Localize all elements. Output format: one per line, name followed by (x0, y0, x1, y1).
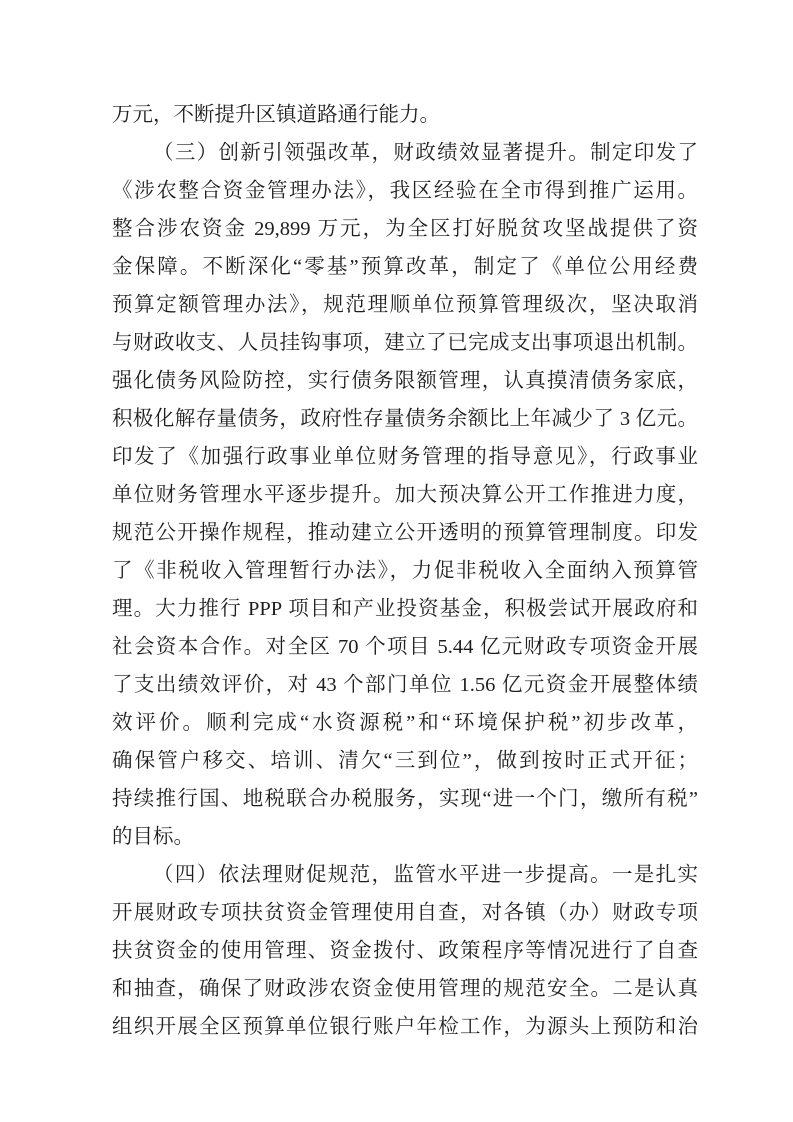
text-line-1: 万元，不断提升区镇道路通行能力。 (112, 96, 698, 134)
body-text: 的目标。 (112, 826, 194, 848)
text-line-21: （四）依法理财促规范，监管水平进一步提高。一是扎实 (112, 856, 698, 894)
text-line-13: 了《非税收入管理暂行办法》，力促非税收入全面纳入预算管 (112, 552, 698, 590)
text-line-18: 确保管户移交、培训、清欠“三到位”，做到按时正式开征； (112, 742, 698, 780)
body-text: 一是扎实 (612, 864, 698, 886)
body-text: 理。大力推行 PPP 项目和产业投资基金，积极尝试开展政府和 (112, 598, 698, 620)
document-body: 万元，不断提升区镇道路通行能力。（三）创新引领强改革，财政绩效显著提升。制定印发… (112, 96, 698, 1046)
body-text: 了支出绩效评价，对 43 个部门单位 1.56 亿元资金开展整体绩 (112, 674, 698, 696)
body-text: 印发了《加强行政事业单位财务管理的指导意见》，行政事业 (112, 446, 698, 468)
body-text: 扶贫资金的使用管理、资金拨付、政策程序等情况进行了自查 (112, 940, 698, 962)
body-text: 积极化解存量债务，政府性存量债务余额比上年减少了 3 亿元。 (112, 408, 698, 430)
body-text: 整合涉农资金 29,899 万元，为全区打好脱贫攻坚战提供了资 (112, 218, 698, 240)
text-line-5: 金保障。不断深化“零基”预算改革，制定了《单位公用经费 (112, 248, 698, 286)
text-line-24: 和抽查，确保了财政涉农资金使用管理的规范安全。二是认真 (112, 970, 698, 1008)
document-page: 万元，不断提升区镇道路通行能力。（三）创新引领强改革，财政绩效显著提升。制定印发… (0, 0, 793, 1122)
text-line-7: 与财政收支、人员挂钩事项，建立了已完成支出事项退出机制。 (112, 324, 698, 362)
text-line-12: 规范公开操作规程，推动建立公开透明的预算管理制度。印发 (112, 514, 698, 552)
body-text: 《涉农整合资金管理办法》，我区经验在全市得到推广运用。 (112, 180, 698, 202)
text-line-4: 整合涉农资金 29,899 万元，为全区打好脱贫攻坚战提供了资 (112, 210, 698, 248)
body-text: 金保障。不断深化“零基”预算改革，制定了《单位公用经费 (112, 256, 698, 278)
body-text: 和抽查，确保了财政涉农资金使用管理的规范安全。二是认真 (112, 978, 698, 1000)
section-heading-text: （三）创新引领强改革，财政绩效显著提升。 (153, 142, 590, 164)
body-text: 制定印发了 (590, 142, 698, 164)
text-line-3: 《涉农整合资金管理办法》，我区经验在全市得到推广运用。 (112, 172, 698, 210)
text-line-23: 扶贫资金的使用管理、资金拨付、政策程序等情况进行了自查 (112, 932, 698, 970)
text-line-22: 开展财政专项扶贫资金管理使用自查，对各镇（办）财政专项 (112, 894, 698, 932)
text-line-17: 效评价。顺利完成“水资源税”和“环境保护税”初步改革， (112, 704, 698, 742)
text-line-6: 预算定额管理办法》，规范理顺单位预算管理级次，坚决取消 (112, 286, 698, 324)
body-text: 预算定额管理办法》，规范理顺单位预算管理级次，坚决取消 (112, 294, 698, 316)
body-text: 万元，不断提升区镇道路通行能力。 (112, 104, 440, 126)
body-text: 组织开展全区预算单位银行账户年检工作，为源头上预防和治 (112, 1016, 698, 1038)
text-line-9: 积极化解存量债务，政府性存量债务余额比上年减少了 3 亿元。 (112, 400, 698, 438)
body-text: 单位财务管理水平逐步提升。加大预决算公开工作推进力度， (112, 484, 698, 506)
body-text: 效评价。顺利完成“水资源税”和“环境保护税”初步改革， (112, 712, 698, 734)
body-text: 确保管户移交、培训、清欠“三到位”，做到按时正式开征； (112, 750, 698, 772)
text-line-11: 单位财务管理水平逐步提升。加大预决算公开工作推进力度， (112, 476, 698, 514)
body-text: 与财政收支、人员挂钩事项，建立了已完成支出事项退出机制。 (112, 332, 698, 354)
body-text: 社会资本合作。对全区 70 个项目 5.44 亿元财政专项资金开展 (112, 636, 698, 658)
body-text: 开展财政专项扶贫资金管理使用自查，对各镇（办）财政专项 (112, 902, 698, 924)
text-line-8: 强化债务风险防控，实行债务限额管理，认真摸清债务家底， (112, 362, 698, 400)
text-line-15: 社会资本合作。对全区 70 个项目 5.44 亿元财政专项资金开展 (112, 628, 698, 666)
text-line-2: （三）创新引领强改革，财政绩效显著提升。制定印发了 (112, 134, 698, 172)
body-text: 强化债务风险防控，实行债务限额管理，认真摸清债务家底， (112, 370, 698, 392)
section-heading-text: （四）依法理财促规范，监管水平进一步提高。 (153, 864, 612, 886)
body-text: 了《非税收入管理暂行办法》，力促非税收入全面纳入预算管 (112, 560, 698, 582)
text-line-14: 理。大力推行 PPP 项目和产业投资基金，积极尝试开展政府和 (112, 590, 698, 628)
body-text: 规范公开操作规程，推动建立公开透明的预算管理制度。印发 (112, 522, 698, 544)
text-line-25: 组织开展全区预算单位银行账户年检工作，为源头上预防和治 (112, 1008, 698, 1046)
text-line-19: 持续推行国、地税联合办税服务，实现“进一个门，缴所有税” (112, 780, 698, 818)
text-line-20: 的目标。 (112, 818, 698, 856)
body-text: 持续推行国、地税联合办税服务，实现“进一个门，缴所有税” (112, 788, 698, 810)
text-line-10: 印发了《加强行政事业单位财务管理的指导意见》，行政事业 (112, 438, 698, 476)
text-line-16: 了支出绩效评价，对 43 个部门单位 1.56 亿元资金开展整体绩 (112, 666, 698, 704)
